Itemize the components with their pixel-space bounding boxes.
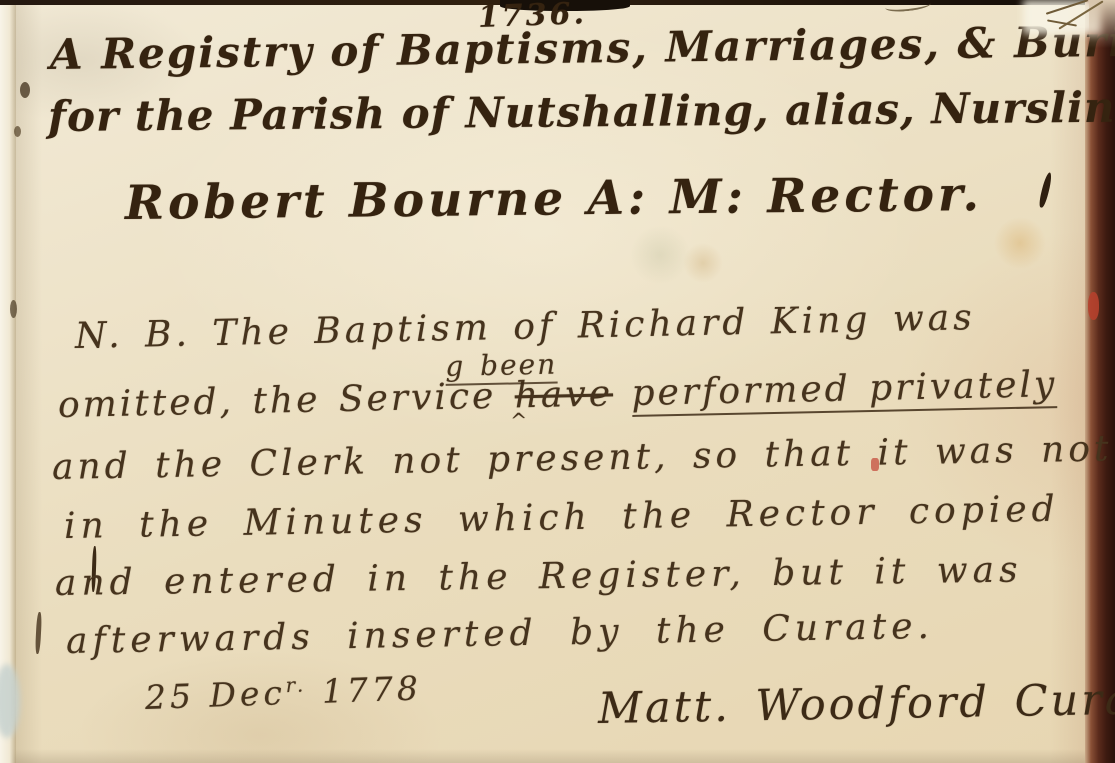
- binding-dash-mark: [35, 612, 42, 654]
- note-line2-underlined-text: performed privately: [631, 364, 1058, 417]
- rector-line: Robert Bourne A: M: Rector.: [125, 167, 983, 232]
- apostrophe-ink-mark: [1038, 172, 1054, 209]
- title-line-1: A Registry of Baptisms, Marriages, & Bur…: [50, 16, 1115, 81]
- date-superscript: r.: [285, 673, 307, 697]
- note-line-6: afterwards inserted by the Curate.: [66, 605, 935, 663]
- note-line2-text: omitted, the Service: [58, 376, 497, 426]
- note-line-3: and the Clerk not present, so that it wa…: [52, 427, 1113, 489]
- interlinear-insertion: g been: [445, 348, 558, 386]
- note-line-5: and entered in the Register, but it was: [55, 548, 1023, 605]
- red-edge-patch: [1088, 292, 1099, 320]
- date-year: 1778: [321, 668, 422, 710]
- blue-stain: [0, 664, 20, 738]
- signature-line: Matt. Woodford Curate.: [598, 674, 1115, 736]
- date-line: 25 Decr. 1778: [144, 668, 422, 717]
- binding-mark: [14, 126, 21, 137]
- manuscript-page: 1736. A Registry of Baptisms, Marriages,…: [0, 0, 1115, 763]
- insertion-caret-mark: ^: [510, 408, 530, 432]
- binding-mark: [10, 300, 17, 318]
- date-prefix: 25 Dec: [144, 673, 286, 717]
- binding-edge: [0, 0, 16, 763]
- title-line-2: for the Parish of Nutshalling, alias, Nu…: [48, 82, 1115, 142]
- top-squiggle-mark: [885, 0, 932, 13]
- note-line-2: omitted, the Service have performed priv…: [58, 363, 1058, 427]
- note-line-4: in the Minutes which the Rector copied: [64, 488, 1060, 549]
- binding-mark: [20, 82, 30, 98]
